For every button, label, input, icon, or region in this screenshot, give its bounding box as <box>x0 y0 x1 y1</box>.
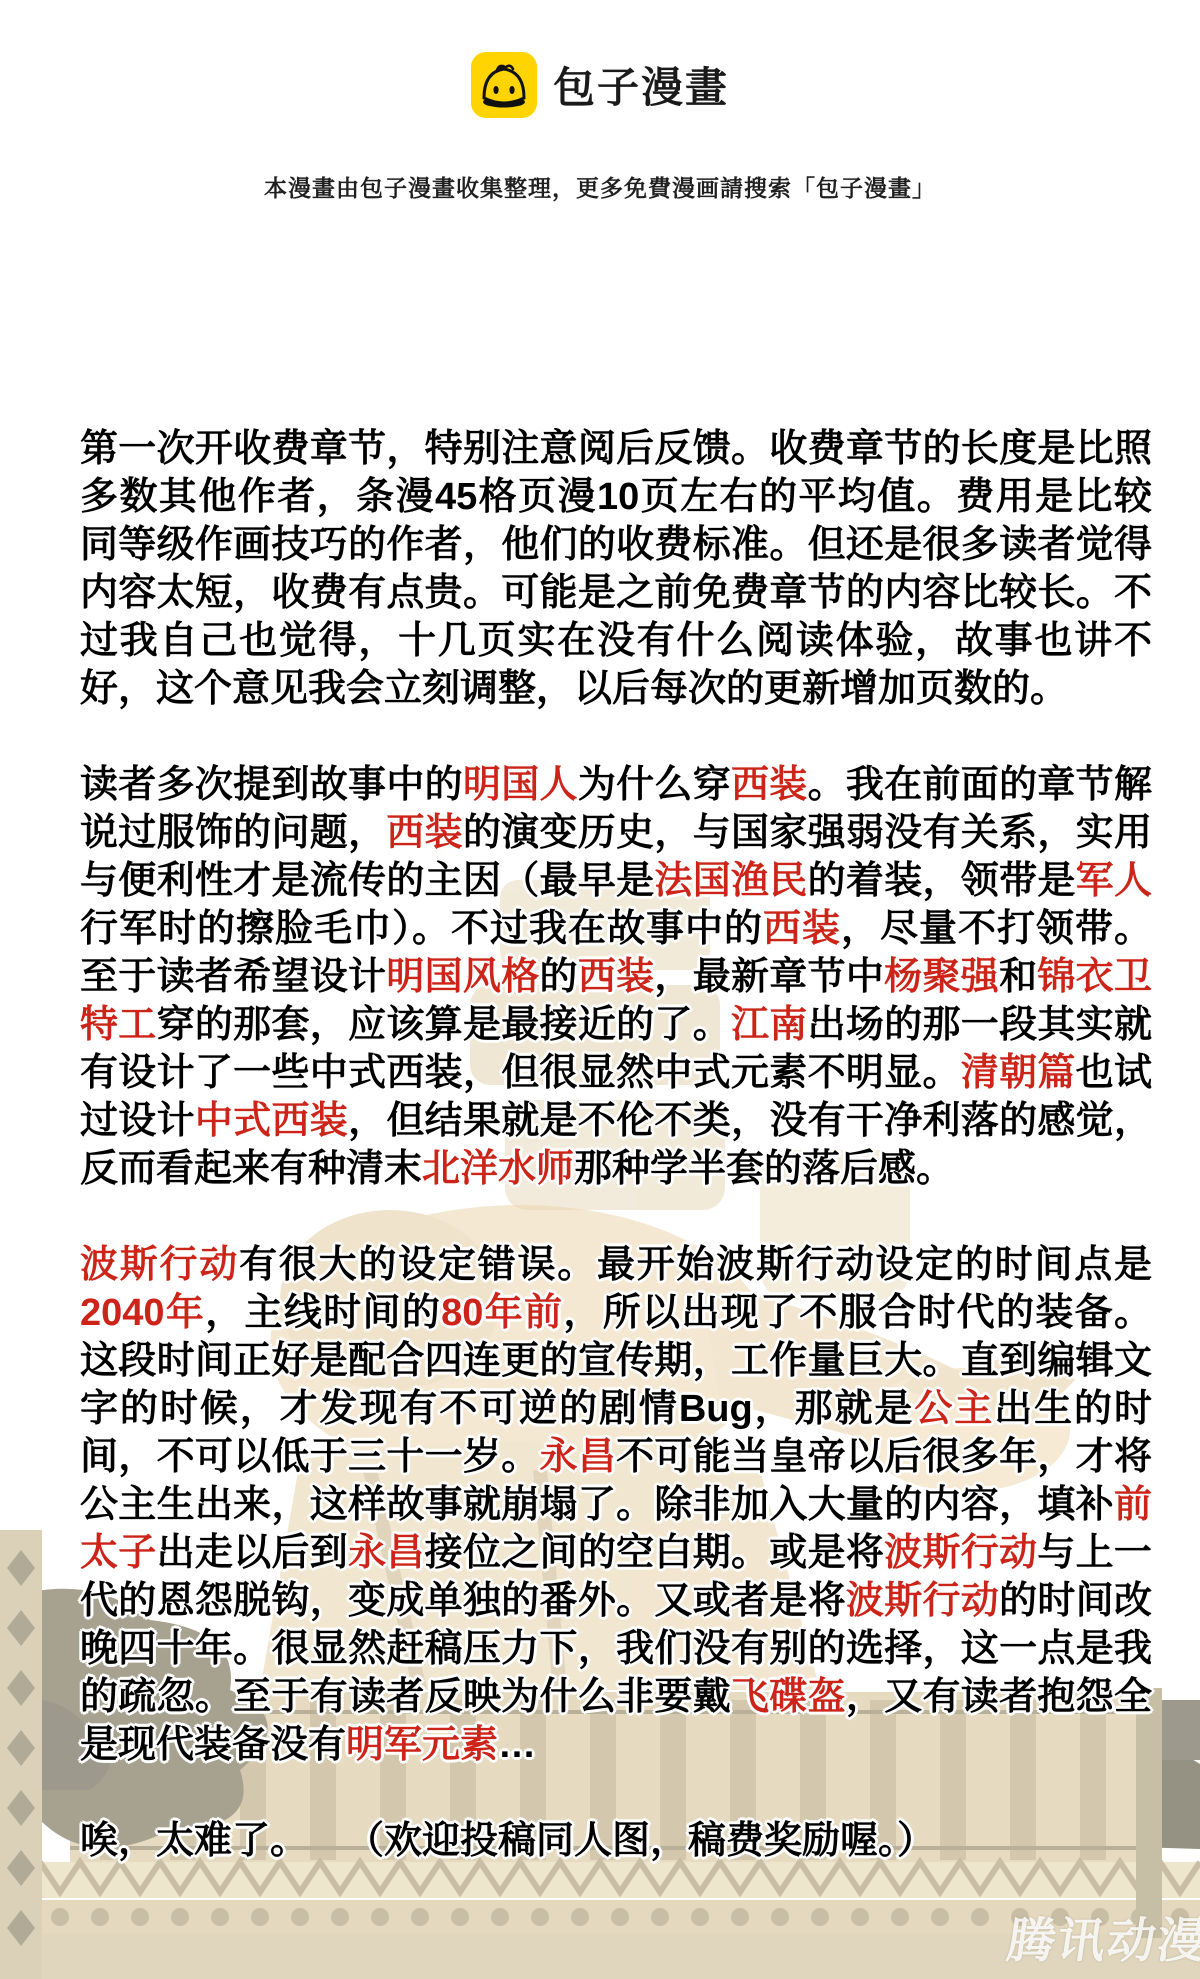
text-run: 为什么穿 <box>578 764 731 806</box>
text-run: 接位之间的空白期。或是将 <box>425 1532 885 1574</box>
highlight-text: 清朝篇 <box>961 1052 1076 1094</box>
text-run: 的 <box>540 956 578 998</box>
paragraph: 波斯行动有很大的设定错误。最开始波斯行动设定的时间点是2040年，主线时间的80… <box>80 1241 1152 1769</box>
highlight-text: 军人 <box>1076 860 1152 902</box>
text-run: 穿的那套，应该算是最接近的了。 <box>157 1004 731 1046</box>
text-run: … <box>498 1724 536 1766</box>
paragraph: 读者多次提到故事中的明国人为什么穿西装。我在前面的章节解说过服饰的问题，西装的演… <box>80 761 1152 1193</box>
highlight-text: 杨聚强 <box>884 956 999 998</box>
text-run: 的着装，领带是 <box>808 860 1076 902</box>
brand-title: 包子漫畫 <box>553 55 729 115</box>
highlight-text: 法国渔民 <box>654 860 807 902</box>
highlight-text: 永昌 <box>348 1532 425 1574</box>
highlight-text: 西装 <box>386 812 463 854</box>
highlight-text: 江南 <box>731 1004 808 1046</box>
highlight-text: 中式西装 <box>195 1100 348 1142</box>
highlight-text: 波斯行动 <box>80 1244 239 1286</box>
text-run: 行军时的擦脸毛巾）。不过我在故事中的 <box>80 908 763 950</box>
highlight-text: 明国风格 <box>386 956 539 998</box>
highlight-text: 80年前 <box>441 1292 563 1334</box>
text-run: 和 <box>999 956 1037 998</box>
highlight-text: 飞碟盔 <box>731 1676 846 1718</box>
text-run: 出走以后到 <box>157 1532 348 1574</box>
highlight-text: 北洋水师 <box>422 1148 574 1190</box>
highlight-text: 2040年 <box>80 1292 205 1334</box>
text-run: 唉，太难了。 （欢迎投稿同人图，稿费奖励喔。） <box>80 1820 935 1862</box>
text-run: ，最新章节中 <box>654 956 884 998</box>
paragraph: 第一次开收费章节，特别注意阅后反馈。收费章节的长度是比照多数其他作者，条漫45格… <box>80 425 1152 713</box>
collection-notice: 本漫畫由包子漫畫收集整理，更多免費漫画請搜索「包子漫畫」 <box>0 170 1200 203</box>
highlight-text: 波斯行动 <box>846 1580 999 1622</box>
brand-lockup: 包子漫畫 <box>0 50 1200 120</box>
highlight-text: 明军元素 <box>346 1724 498 1766</box>
baozi-logo-icon <box>471 52 537 118</box>
paragraph: 唉，太难了。 （欢迎投稿同人图，稿费奖励喔。） <box>80 1817 1152 1865</box>
highlight-text: 永昌 <box>540 1436 617 1478</box>
highlight-text: 西装 <box>731 764 808 806</box>
highlight-text: 明国人 <box>463 764 578 806</box>
tencent-watermark: 腾讯动漫 <box>1003 1902 1200 1971</box>
page-root: 包子漫畫 本漫畫由包子漫畫收集整理，更多免費漫画請搜索「包子漫畫」 第一次开收费… <box>0 0 1200 1979</box>
text-run: 有很大的设定错误。最开始波斯行动设定的时间点是 <box>239 1244 1152 1286</box>
text-run: 第一次开收费章节，特别注意阅后反馈。收费章节的长度是比照多数其他作者，条漫45格… <box>80 428 1152 710</box>
text-run: ，主线时间的 <box>205 1292 441 1334</box>
body-text: 第一次开收费章节，特别注意阅后反馈。收费章节的长度是比照多数其他作者，条漫45格… <box>80 425 1152 1913</box>
highlight-text: 公主 <box>914 1388 994 1430</box>
text-run: 那种学半套的落后感。 <box>574 1148 954 1190</box>
highlight-text: 西装 <box>578 956 655 998</box>
highlight-text: 波斯行动 <box>884 1532 1037 1574</box>
highlight-text: 西装 <box>763 908 841 950</box>
text-run: 读者多次提到故事中的 <box>80 764 463 806</box>
